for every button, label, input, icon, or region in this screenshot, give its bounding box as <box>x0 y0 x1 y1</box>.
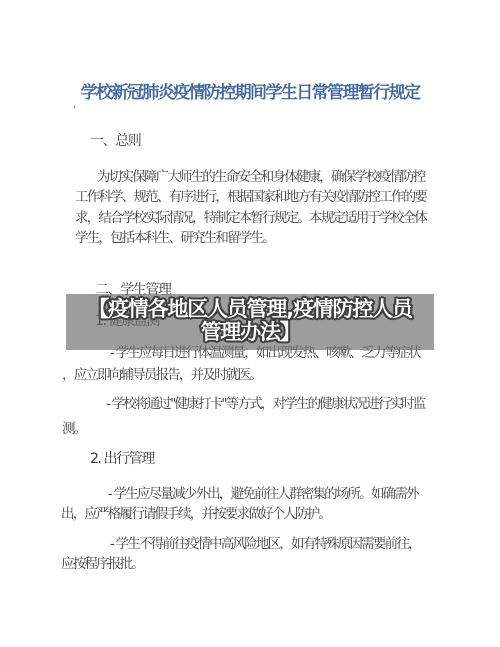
bullet-line: 测。 <box>62 422 85 437</box>
caption-line-2: 管理办法】 <box>66 322 434 343</box>
stray-mark: ' <box>73 103 76 117</box>
bullet-line: 出，应严格履行请假手续，并按要求做好个人防护。 <box>61 507 330 522</box>
caption-line-1: 【疫情各地区人员管理,疫情防控人员 <box>66 299 434 320</box>
bullet-line: - 学生应尽量减少外出，避免前往人群密集的场所。如确需外 <box>108 487 418 502</box>
bullet-line: ，应立即向辅导员报告，并及时就医。 <box>62 368 261 383</box>
paragraph-line: 求，结合学校实际情况，特制定本暂行规定。本规定适用于学校全体 <box>75 211 426 226</box>
paragraph-line: 工作科学、规范、有序进行，根据国家和地方有关疫情防控工作的要 <box>75 190 426 205</box>
paragraph-line: 为切实保障广大师生的生命安全和身体健康，确保学校疫情防控 <box>97 170 425 185</box>
document-page: 学校新冠肺炎疫情防控期间学生日常管理暂行规定 ' 一、总则 为切实保障广大师生的… <box>0 0 500 647</box>
subsection-travel-management: 2. 出行管理 <box>90 452 154 467</box>
document-title: 学校新冠肺炎疫情防控期间学生日常管理暂行规定 <box>0 84 500 103</box>
paragraph-line: 学生，包括本科生、研究生和留学生。 <box>75 231 274 246</box>
bullet-line: 应按程序报批。 <box>61 557 143 572</box>
bullet-line: - 学校将通过"健康打卡"等方式，对学生的健康状况进行实时监 <box>106 397 425 412</box>
bullet-line: - 学生不得前往疫情中高风险地区，如有特殊原因需要前往， <box>110 537 420 552</box>
caption-overlay-banner: 【疫情各地区人员管理,疫情防控人员 管理办法】 <box>66 294 434 350</box>
section-heading-general: 一、总则 <box>90 134 140 149</box>
